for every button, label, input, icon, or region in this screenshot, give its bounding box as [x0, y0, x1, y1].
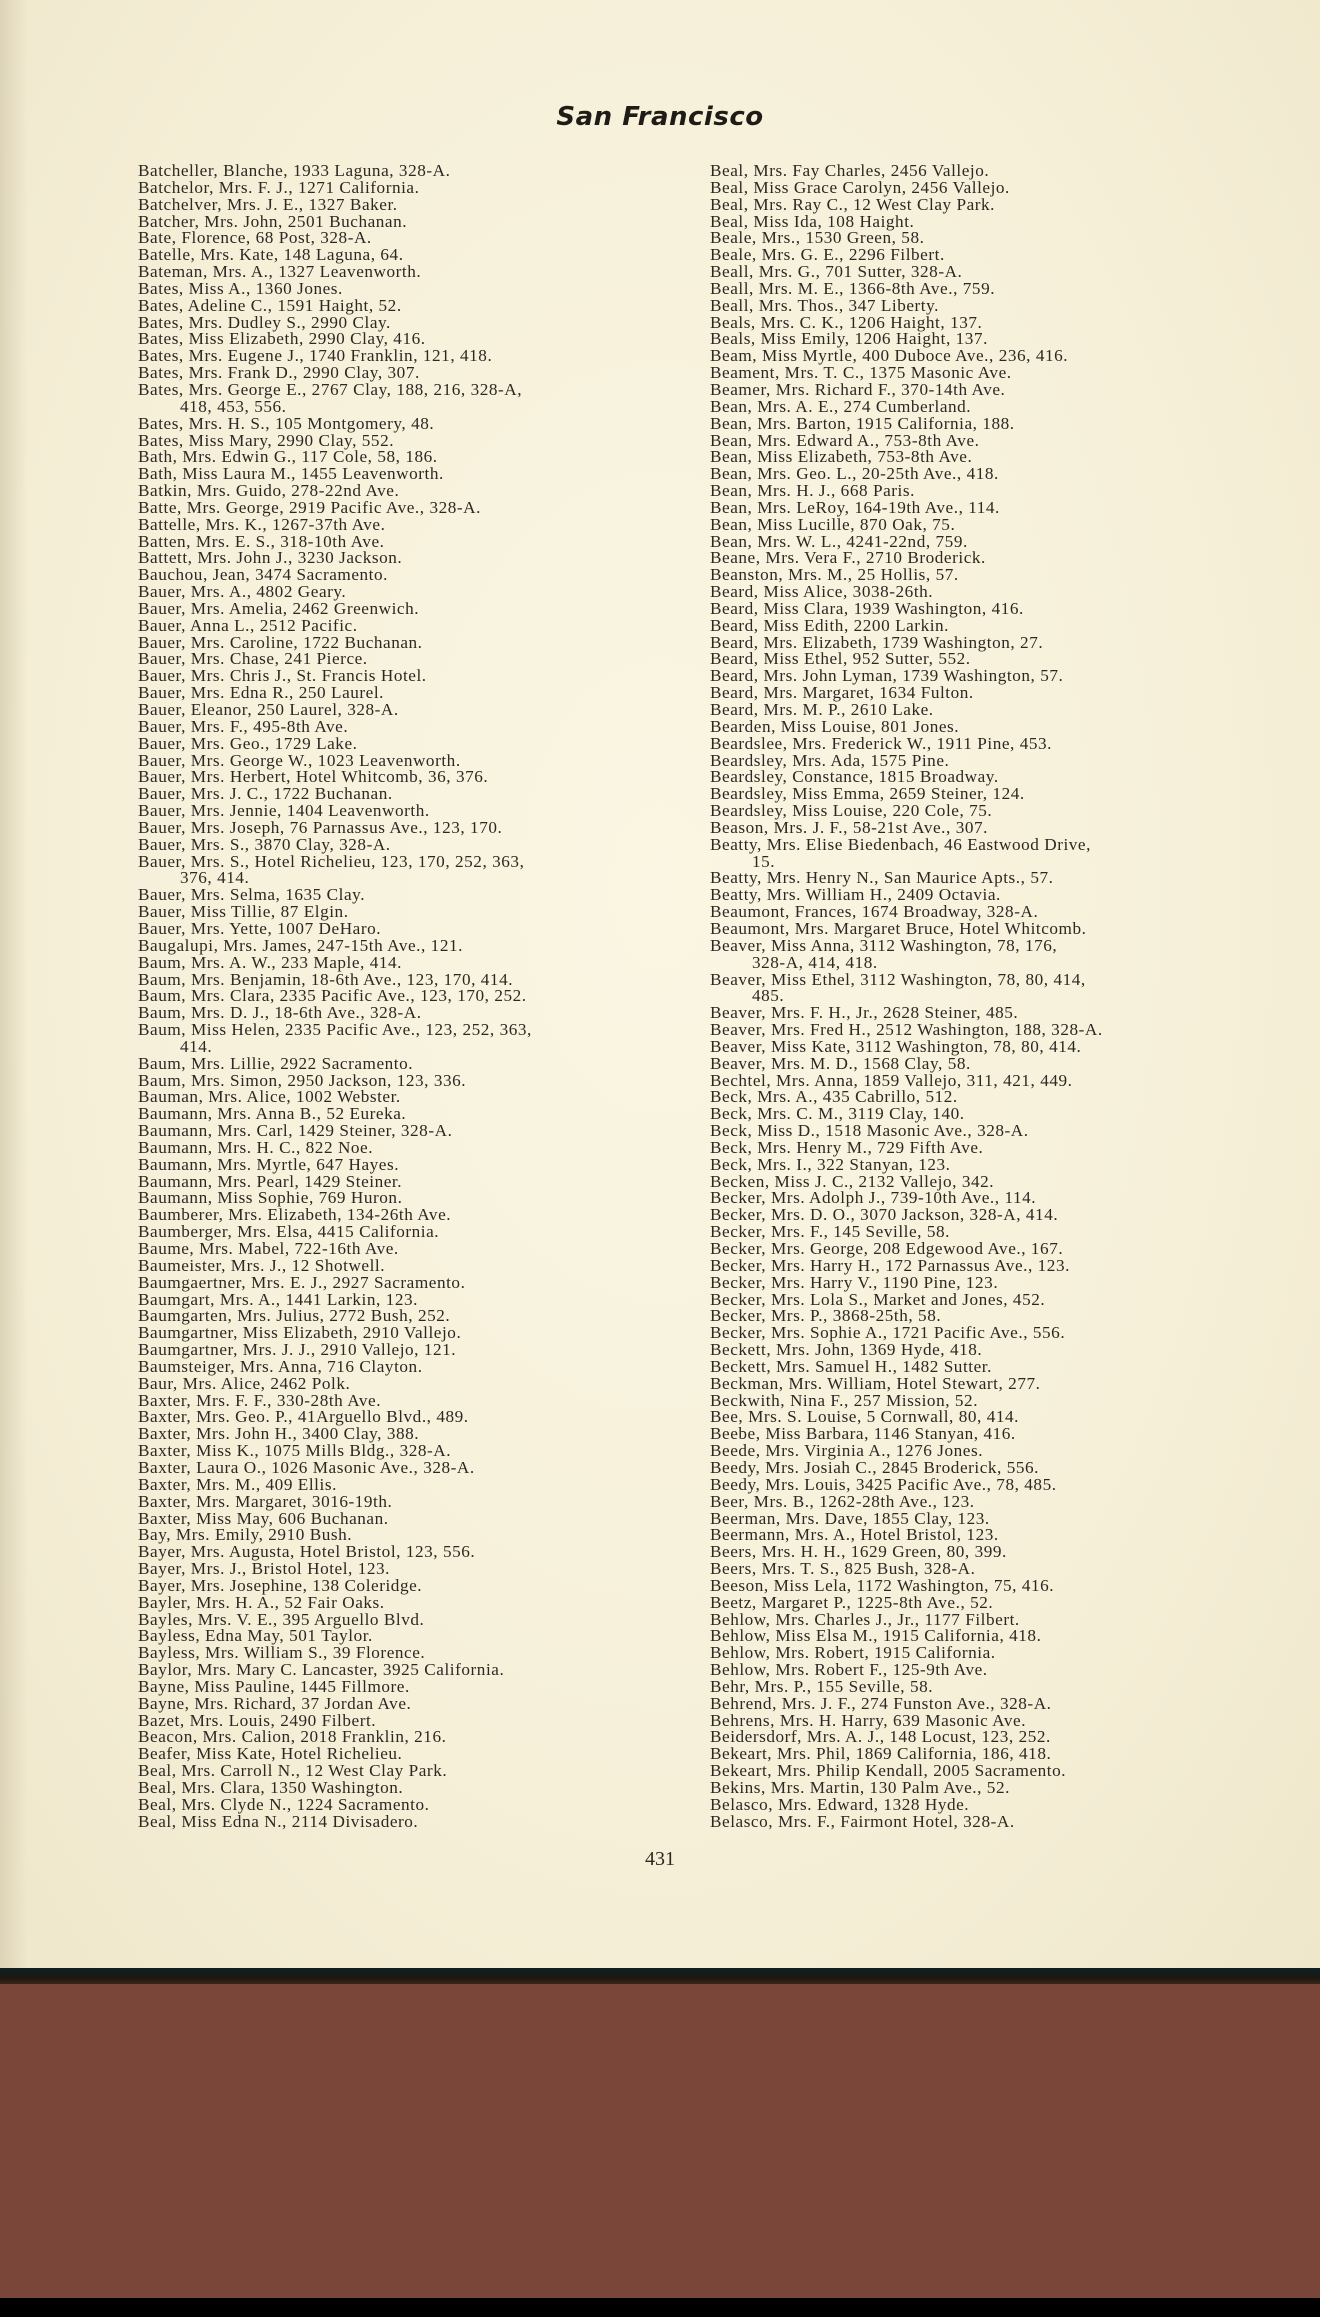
directory-entry: Beal, Miss Edna N., 2114 Divisadero. [138, 1814, 683, 1831]
directory-entry: Belasco, Mrs. F., Fairmont Hotel, 328-A. [710, 1814, 1285, 1831]
entry-text: Belasco, Mrs. F., Fairmont Hotel, 328-A. [710, 1812, 1015, 1831]
entry-text: Beal, Miss Edna N., 2114 Divisadero. [138, 1812, 418, 1831]
entry-text: Beatty, Mrs. Elise Biedenbach, 46 Eastwo… [710, 835, 1091, 854]
right-column: Beal, Mrs. Fay Charles, 2456 Vallejo.Bea… [710, 163, 1285, 1831]
scan-border [0, 2298, 1320, 2317]
left-column: Batcheller, Blanche, 1933 Laguna, 328-A.… [138, 163, 683, 1831]
directory-entry: Bates, Mrs. George E., 2767 Clay, 188, 2… [138, 382, 683, 416]
directory-entry: Beaver, Miss Anna, 3112 Washington, 78, … [710, 938, 1285, 972]
directory-entry: Beatty, Mrs. Elise Biedenbach, 46 Eastwo… [710, 837, 1285, 871]
entry-text: Beaver, Miss Anna, 3112 Washington, 78, … [710, 936, 1057, 955]
page-number: 431 [0, 1848, 1320, 1871]
page-bottom-edge [0, 1968, 1320, 1984]
directory-entry: Beaver, Miss Ethel, 3112 Washington, 78,… [710, 972, 1285, 1006]
directory-entry: Baum, Miss Helen, 2335 Pacific Ave., 123… [138, 1022, 683, 1056]
directory-entry: Bauer, Mrs. S., Hotel Richelieu, 123, 17… [138, 854, 683, 888]
page-title: San Francisco [0, 102, 1320, 132]
page-gutter-shadow [0, 0, 28, 1972]
